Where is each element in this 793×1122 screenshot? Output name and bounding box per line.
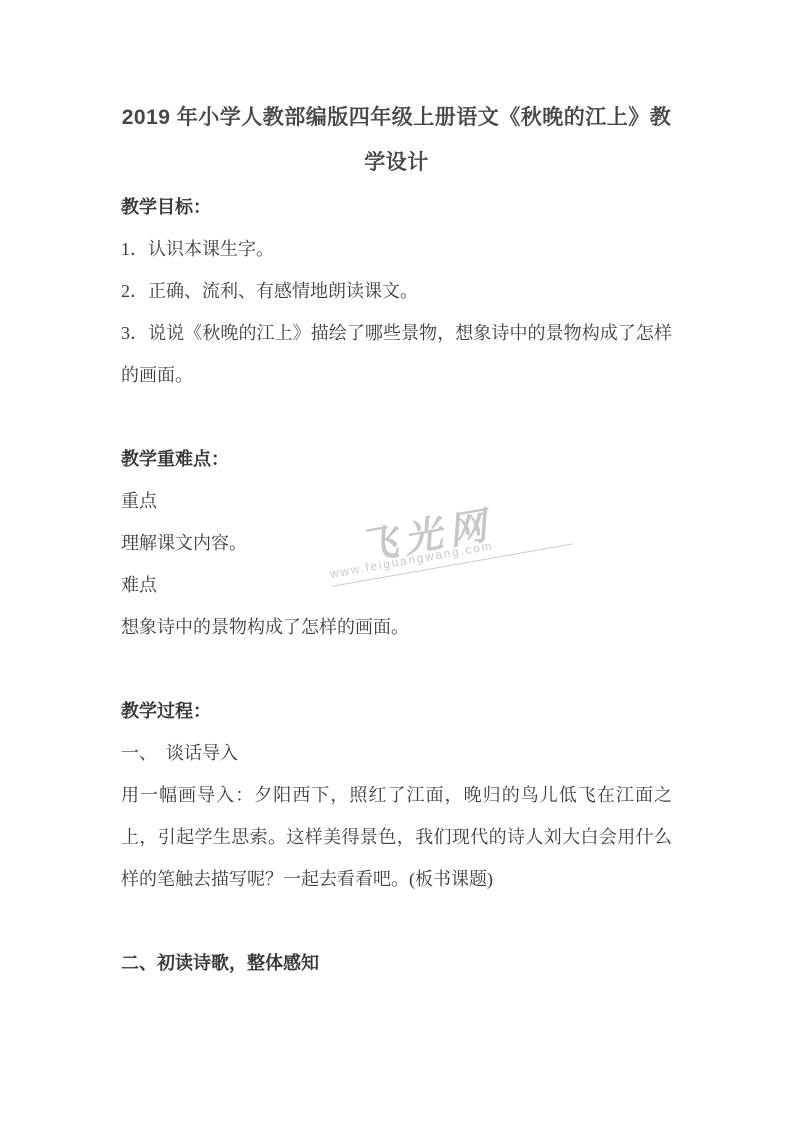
document-paragraph: 3．说说《秋晚的江上》描绘了哪些景物，想象诗中的景物构成了怎样的画面。 [121,312,672,396]
document-title: 2019 年小学人教部编版四年级上册语文《秋晚的江上》教学设计 [121,95,672,185]
section-heading: 教学重难点： [121,438,672,480]
section-heading: 教学目标： [121,186,672,228]
document-paragraph: 难点 [121,564,672,606]
document-paragraph: 理解课文内容。 [121,522,672,564]
document-paragraph: 2．正确、流利、有感情地朗读课文。 [121,270,672,312]
section-heading: 二、初读诗歌，整体感知 [121,942,672,984]
paragraphs: 教学目标：1．认识本课生字。2．正确、流利、有感情地朗读课文。3．说说《秋晚的江… [121,186,672,984]
document-paragraph: 重点 [121,480,672,522]
document-paragraph: 一、 谈话导入 [121,732,672,774]
document-content: 2019 年小学人教部编版四年级上册语文《秋晚的江上》教学设计 教学目标：1．认… [121,95,672,984]
document-paragraph: 想象诗中的景物构成了怎样的画面。 [121,606,672,648]
document-paragraph: 用一幅画导入：夕阳西下，照红了江面，晚归的鸟儿低飞在江面之上，引起学生思索。这样… [121,774,672,900]
document-page: 2019 年小学人教部编版四年级上册语文《秋晚的江上》教学设计 教学目标：1．认… [0,0,793,1122]
section-heading: 教学过程： [121,690,672,732]
document-paragraph: 1．认识本课生字。 [121,228,672,270]
